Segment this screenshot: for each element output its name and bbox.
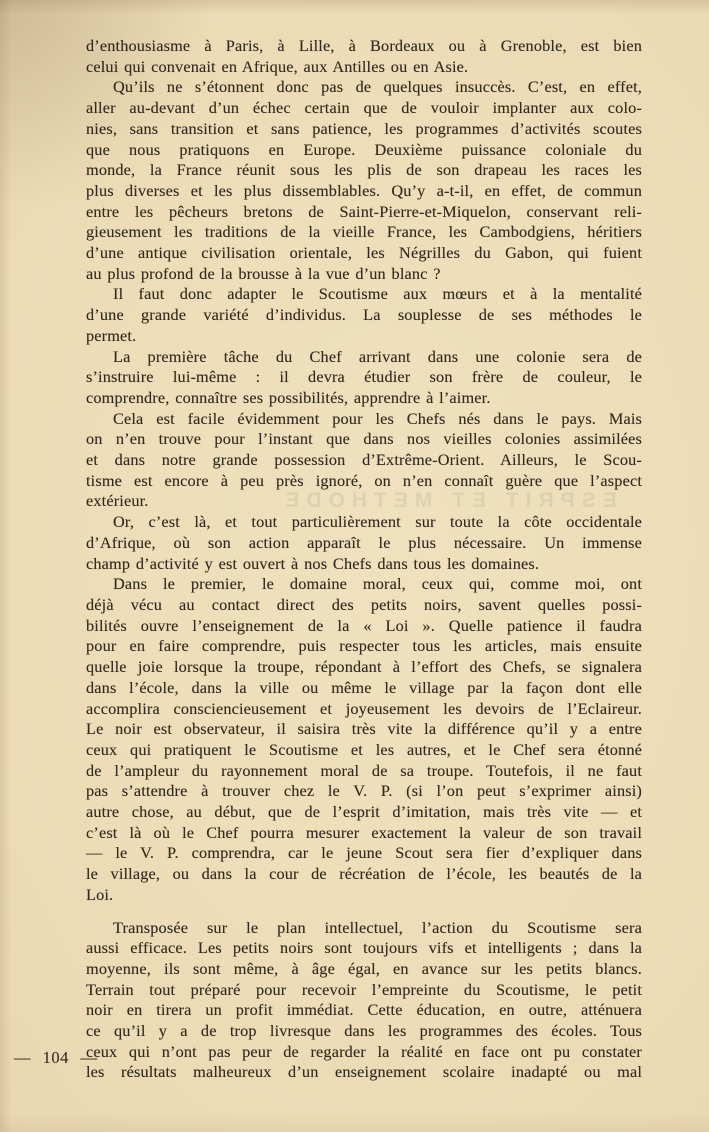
text-line: c’est là où le Chef pourra mesurer exact… — [86, 823, 642, 844]
text-line: champ d’activité y est ouvert à nos Chef… — [86, 554, 642, 575]
text-line: autre chose, au début, que de l’esprit d… — [86, 802, 642, 823]
text-line: on n’en trouve pour l’instant que dans n… — [86, 429, 642, 450]
text-line: s’instruire lui-même : il devra étudier … — [86, 367, 642, 388]
text-line: comprendre, connaître ses possibilités, … — [86, 388, 642, 409]
text-line: les résultats malheureux d’un enseigneme… — [86, 1062, 642, 1083]
text-line: Le noir est observateur, il saisira très… — [86, 719, 642, 740]
text-line: ceux qui pratiquent le Scoutisme et les … — [86, 740, 642, 761]
paragraph: Il faut donc adapter le Scoutisme aux mœ… — [86, 284, 642, 346]
text-line: de l’ampleur du rayonnement moral de sa … — [86, 761, 642, 782]
text-line: d’enthousiasme à Paris, à Lille, à Borde… — [86, 36, 642, 57]
text-line: gieusement les traditions de la vieille … — [86, 222, 642, 243]
text-line: quelle joie lorsque la troupe, répondant… — [86, 657, 642, 678]
text-line: Or, c’est là, et tout particulièrement s… — [86, 512, 642, 533]
text-line: pour en faire comprendre, puis respecter… — [86, 636, 642, 657]
text-line: — le V. P. comprendra, car le jeune Scou… — [86, 843, 642, 864]
text-line: accomplira consciencieusement et joyeuse… — [86, 699, 642, 720]
text-line: bilités ouvre l’enseignement de la « Loi… — [86, 616, 642, 637]
page-text: d’enthousiasme à Paris, à Lille, à Borde… — [86, 36, 642, 1083]
text-line: d’une grande variété d’individus. La sou… — [86, 305, 642, 326]
page-number: — 104 — — [14, 1048, 98, 1068]
text-line: aller au-devant d’un échec certain que d… — [86, 98, 642, 119]
text-line: le village, ou dans la cour de récréatio… — [86, 864, 642, 885]
text-line: ce qu’il y a de trop livresque dans les … — [86, 1021, 642, 1042]
book-page: ESPRIT ET METHODE d’enthousiasme à Paris… — [0, 0, 709, 1132]
paragraph: La première tâche du Chef arrivant dans … — [86, 347, 642, 409]
text-line: ceux qui n’ont pas peur de regarder la r… — [86, 1042, 642, 1063]
text-line: plus diverses et les plus dissemblables.… — [86, 181, 642, 202]
text-line: Dans le premier, le domaine moral, ceux … — [86, 574, 642, 595]
text-line: Terrain tout préparé pour recevoir l’emp… — [86, 980, 642, 1001]
text-line: d’une antique civilisation orientale, le… — [86, 243, 642, 264]
paragraph: d’enthousiasme à Paris, à Lille, à Borde… — [86, 36, 642, 77]
text-line: pas s’attendre à trouver chez le V. P. (… — [86, 781, 642, 802]
text-line: La première tâche du Chef arrivant dans … — [86, 347, 642, 368]
text-line: Loi. — [86, 885, 642, 906]
text-line: entre les pêcheurs bretons de Saint-Pier… — [86, 202, 642, 223]
paragraph: Dans le premier, le domaine moral, ceux … — [86, 574, 642, 905]
text-line: nies, sans transition et sans patience, … — [86, 119, 642, 140]
text-line: d’Afrique, où son action apparaît le plu… — [86, 533, 642, 554]
text-line: déjà vécu au contact direct des petits n… — [86, 595, 642, 616]
text-line: Cela est facile évidemment pour les Chef… — [86, 409, 642, 430]
text-line: au plus profond de la brousse à la vue d… — [86, 264, 642, 285]
text-line: permet. — [86, 326, 642, 347]
text-line: extérieur. — [86, 491, 642, 512]
text-line: moyenne, ils sont même, à âge égal, en a… — [86, 959, 642, 980]
text-line: que nous pratiquons en Europe. Deuxième … — [86, 140, 642, 161]
paragraph: Qu’ils ne s’étonnent donc pas de quelque… — [86, 77, 642, 284]
text-line: celui qui convenait en Afrique, aux Anti… — [86, 57, 642, 78]
text-line: aussi efficace. Les petits noirs sont to… — [86, 938, 642, 959]
paragraph: Cela est facile évidemment pour les Chef… — [86, 409, 642, 513]
paragraph: Transposée sur le plan intellectuel, l’a… — [86, 918, 642, 1084]
text-line: tisme est encore à peu près ignoré, on n… — [86, 471, 642, 492]
text-line: noir en tirera un profit immédiat. Cette… — [86, 1000, 642, 1021]
paragraph: Or, c’est là, et tout particulièrement s… — [86, 512, 642, 574]
text-line: monde, la France réunit sous les plis de… — [86, 160, 642, 181]
text-line: et dans notre grande possession d’Extrêm… — [86, 450, 642, 471]
text-line: Transposée sur le plan intellectuel, l’a… — [86, 918, 642, 939]
text-line: Il faut donc adapter le Scoutisme aux mœ… — [86, 284, 642, 305]
text-line: Qu’ils ne s’étonnent donc pas de quelque… — [86, 77, 642, 98]
text-line: dans l’école, dans la ville ou même le v… — [86, 678, 642, 699]
